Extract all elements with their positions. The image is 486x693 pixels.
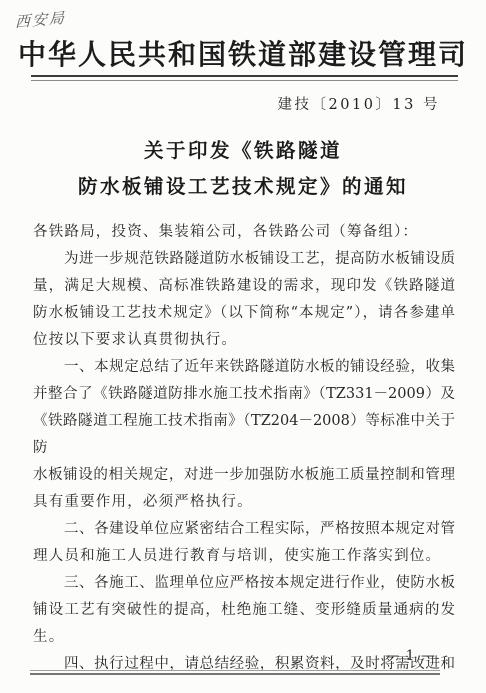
handwritten-annotation: 西安局 xyxy=(15,7,66,33)
paragraphs-container: 为进一步规范铁路隧道防水板铺设工艺，提高防水板铺设质量，满足大规模、高标准铁路建… xyxy=(33,246,455,678)
masthead-org-name: 中华人民共和国铁道部建设管理司 xyxy=(0,33,486,73)
body-line: 量，满足大规模、高标准铁路建设的需求，现印发《铁路隧道 xyxy=(33,273,455,300)
notice-title-line1: 关于印发《铁路隧道 xyxy=(0,133,486,169)
notice-body: 各铁路局，投资、集装箱公司，各铁路公司（筹备组）： 为进一步规范铁路隧道防水板铺… xyxy=(33,219,455,678)
salutation: 各铁路局，投资、集装箱公司，各铁路公司（筹备组）： xyxy=(33,219,455,246)
notice-title: 关于印发《铁路隧道 防水板铺设工艺技术规定》的通知 xyxy=(0,133,486,205)
page-number: — 1 — xyxy=(385,648,436,664)
document-page: 西安局 中华人民共和国铁道部建设管理司 建技〔2010〕13 号 关于印发《铁路… xyxy=(0,0,486,693)
body-line: 二、各建设单位应紧密结合工程实际，严格按照本规定对管 xyxy=(33,516,455,543)
body-line: 具有重要作用，必须严格执行。 xyxy=(33,489,455,516)
body-line: 《铁路隧道工程施工技术指南》（TZ204－2008）等标准中关于防 xyxy=(33,408,455,462)
body-line: 生。 xyxy=(33,624,455,651)
notice-title-line2: 防水板铺设工艺技术规定》的通知 xyxy=(0,169,486,205)
body-line: 理人员和施工人员进行教育与培训，使实施工作落实到位。 xyxy=(33,543,455,570)
footer-rule xyxy=(30,670,440,675)
body-line: 防水板铺设工艺技术规定》（以下简称“本规定”），请各参建单 xyxy=(33,300,455,327)
document-number: 建技〔2010〕13 号 xyxy=(278,93,440,114)
body-line: 一、本规定总结了近年来铁路隧道防水板的铺设经验，收集 xyxy=(33,354,455,381)
body-line: 水板铺设的相关规定，对进一步加强防水板施工质量控制和管理 xyxy=(33,462,455,489)
body-line: 位按以下要求认真贯彻执行。 xyxy=(33,327,455,354)
masthead-rule xyxy=(31,75,458,81)
body-line: 并整合了《铁路隧道防排水施工技术指南》（TZ331－2009）及 xyxy=(33,381,455,408)
body-line: 铺设工艺有突破性的提高，杜绝施工缝、变形缝质量通病的发 xyxy=(33,597,455,624)
body-line: 为进一步规范铁路隧道防水板铺设工艺，提高防水板铺设质 xyxy=(33,246,455,273)
body-line: 三、各施工、监理单位应严格按本规定进行作业，使防水板 xyxy=(33,570,455,597)
